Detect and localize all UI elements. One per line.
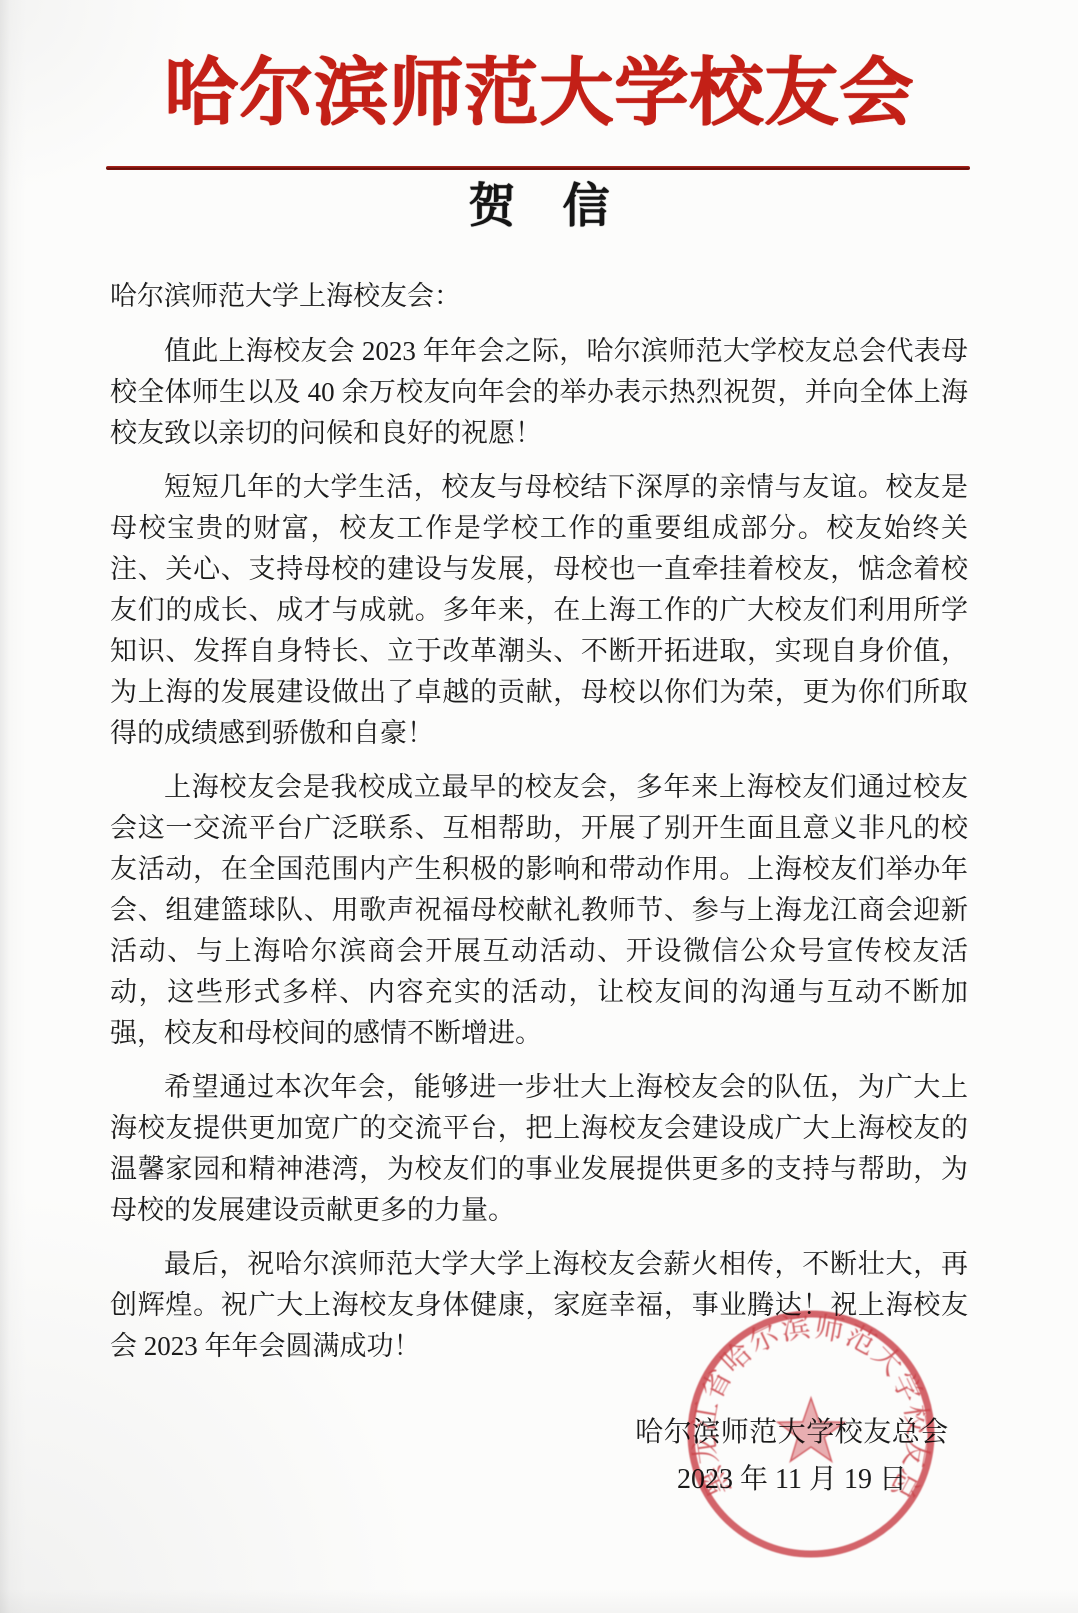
paragraph-4: 希望通过本次年会，能够进一步壮大上海校友会的队伍，为广大上海校友提供更加宽广的交… <box>110 1067 968 1231</box>
paragraph-1: 值此上海校友会 2023 年年会之际，哈尔滨师范大学校友总会代表母校全体师生以及… <box>110 331 968 454</box>
paragraph-2: 短短几年的大学生活，校友与母校结下深厚的亲情与友谊。校友是母校宝贵的财富，校友工… <box>110 467 968 754</box>
signature-block: 哈尔滨师范大学校友总会 2023 年 11 月 19 日 <box>577 1414 1007 1499</box>
letter-body: 哈尔滨师范大学上海校友会： 值此上海校友会 2023 年年会之际，哈尔滨师范大学… <box>110 276 968 1380</box>
letter-title: 贺 信 <box>0 178 1078 236</box>
letter-page: 哈尔滨师范大学校友会 贺 信 哈尔滨师范大学上海校友会： 值此上海校友会 202… <box>0 0 1078 1613</box>
letterhead-rule <box>106 166 970 170</box>
paragraph-3: 上海校友会是我校成立最早的校友会，多年来上海校友们通过校友会这一交流平台广泛联系… <box>110 767 968 1054</box>
signature-org: 哈尔滨师范大学校友总会 <box>577 1414 1007 1452</box>
signature-date: 2023 年 11 月 19 日 <box>577 1461 1007 1499</box>
letterhead-title: 哈尔滨师范大学校友会 <box>0 48 1078 140</box>
paragraph-5: 最后，祝哈尔滨师范大学大学上海校友会薪火相传，不断壮大，再创辉煌。祝广大上海校友… <box>110 1244 968 1367</box>
salutation: 哈尔滨师范大学上海校友会： <box>110 276 968 317</box>
